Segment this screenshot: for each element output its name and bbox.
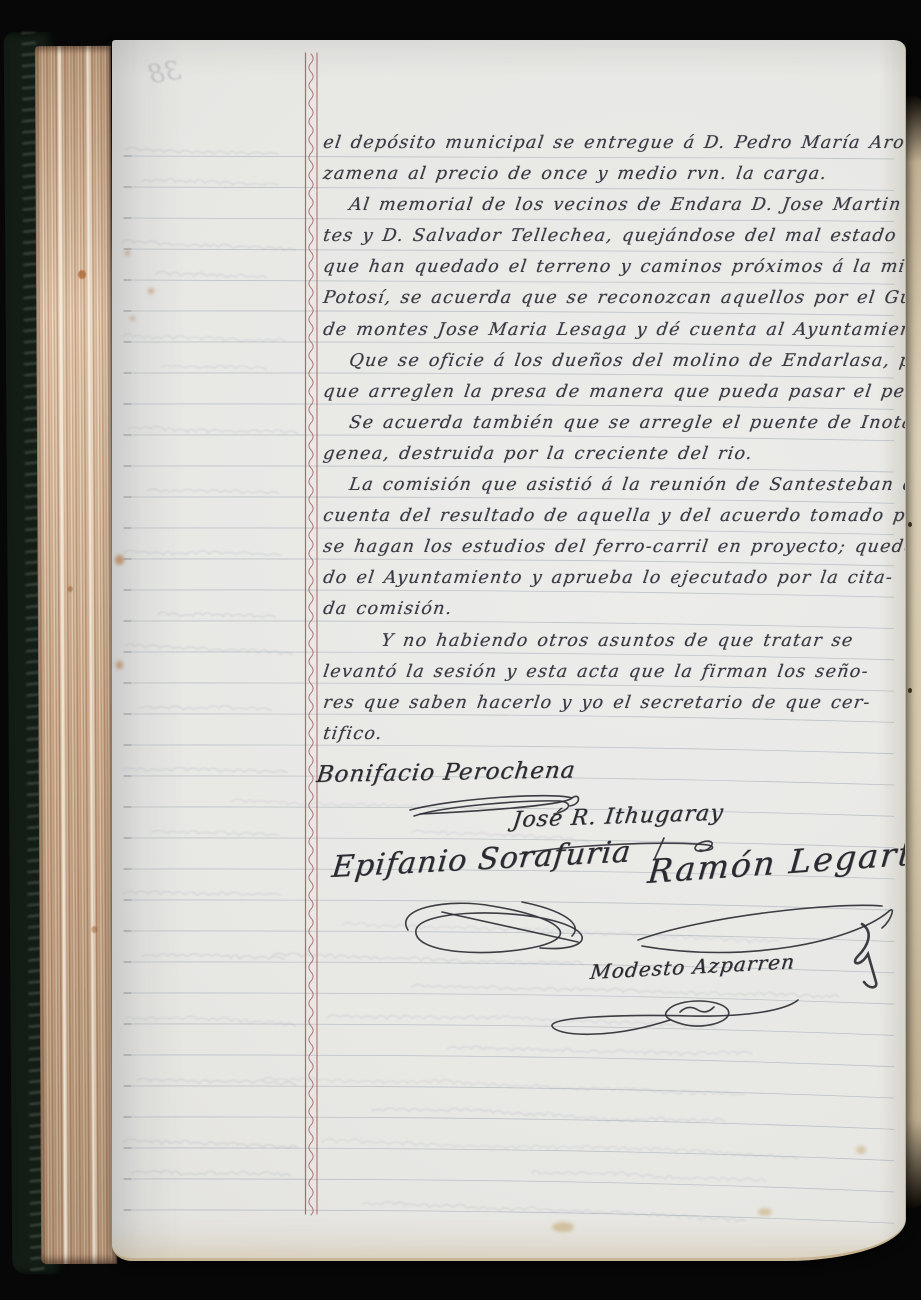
foxing-spot <box>125 250 130 256</box>
manuscript-line: zamena al precio de once y medio rvn. la… <box>321 159 903 190</box>
manuscript-line: Que se oficie á los dueños del molino de… <box>321 346 903 377</box>
edge-speck <box>908 688 912 693</box>
manuscript-line: Al memorial de los vecinos de Endara D. … <box>321 190 903 221</box>
manuscript-line: que han quedado el terreno y caminos pró… <box>321 252 903 283</box>
manuscript-line: el depósito municipal se entregue á D. P… <box>321 128 903 159</box>
stain <box>856 1146 866 1154</box>
book-photo: { "page": { "ghost_folio_number": "38", … <box>0 0 921 1300</box>
foxing-spot <box>91 926 97 933</box>
stain <box>552 1222 574 1232</box>
foxing-spot <box>116 661 123 669</box>
bleedthrough-folio-number: 38 <box>146 56 183 91</box>
manuscript-line: Y no habiendo otros asuntos de que trata… <box>321 626 903 657</box>
edge-speck <box>908 522 912 527</box>
page-edges-stack <box>35 46 117 1264</box>
foxing-spot <box>68 586 73 592</box>
foxing-spot <box>78 270 86 279</box>
manuscript-line: Se acuerda también que se arregle el pue… <box>321 408 903 439</box>
signature-bonifacio-perochena: Bonifacio Perochena <box>315 757 577 788</box>
manuscript-line: da comisión. <box>321 594 903 625</box>
manuscript-line: do el Ayuntamiento y aprueba lo ejecutad… <box>321 563 903 594</box>
manuscript-line: de montes Jose Maria Lesaga y dé cuenta … <box>321 315 903 346</box>
manuscript-line: tes y D. Salvador Tellechea, quejándose … <box>321 221 903 252</box>
manuscript-page: 38 el depósito municipal se entregue á D… <box>112 40 906 1261</box>
manuscript-line: tifico. <box>321 719 903 750</box>
foxing-spot <box>130 316 135 321</box>
manuscript-line: levantó la sesión y esta acta que la fir… <box>321 657 903 688</box>
manuscript-line: se hagan los estudios del ferro-carril e… <box>321 532 903 563</box>
foxing-spot <box>148 288 154 294</box>
stain <box>758 1208 772 1216</box>
signature-rubric-azparren <box>548 990 806 1048</box>
manuscript-line: cuenta del resultado de aquella y del ac… <box>321 501 903 532</box>
manuscript-line: res que saben hacerlo y yo el secretario… <box>321 688 903 719</box>
manuscript-line: que arreglen la presa de manera que pued… <box>321 377 903 408</box>
signature-rubric-legart <box>624 894 906 996</box>
signature-rubric-sorafuria <box>370 890 638 960</box>
manuscript-text-block: el depósito municipal se entregue á D. P… <box>321 128 899 750</box>
foxing-spot <box>115 555 124 565</box>
manuscript-line: Potosí, se acuerda que se reconozcan aqu… <box>321 283 903 314</box>
manuscript-line: genea, destruida por la creciente del ri… <box>321 439 903 470</box>
manuscript-line: La comisión que asistió á la reunión de … <box>321 470 903 501</box>
